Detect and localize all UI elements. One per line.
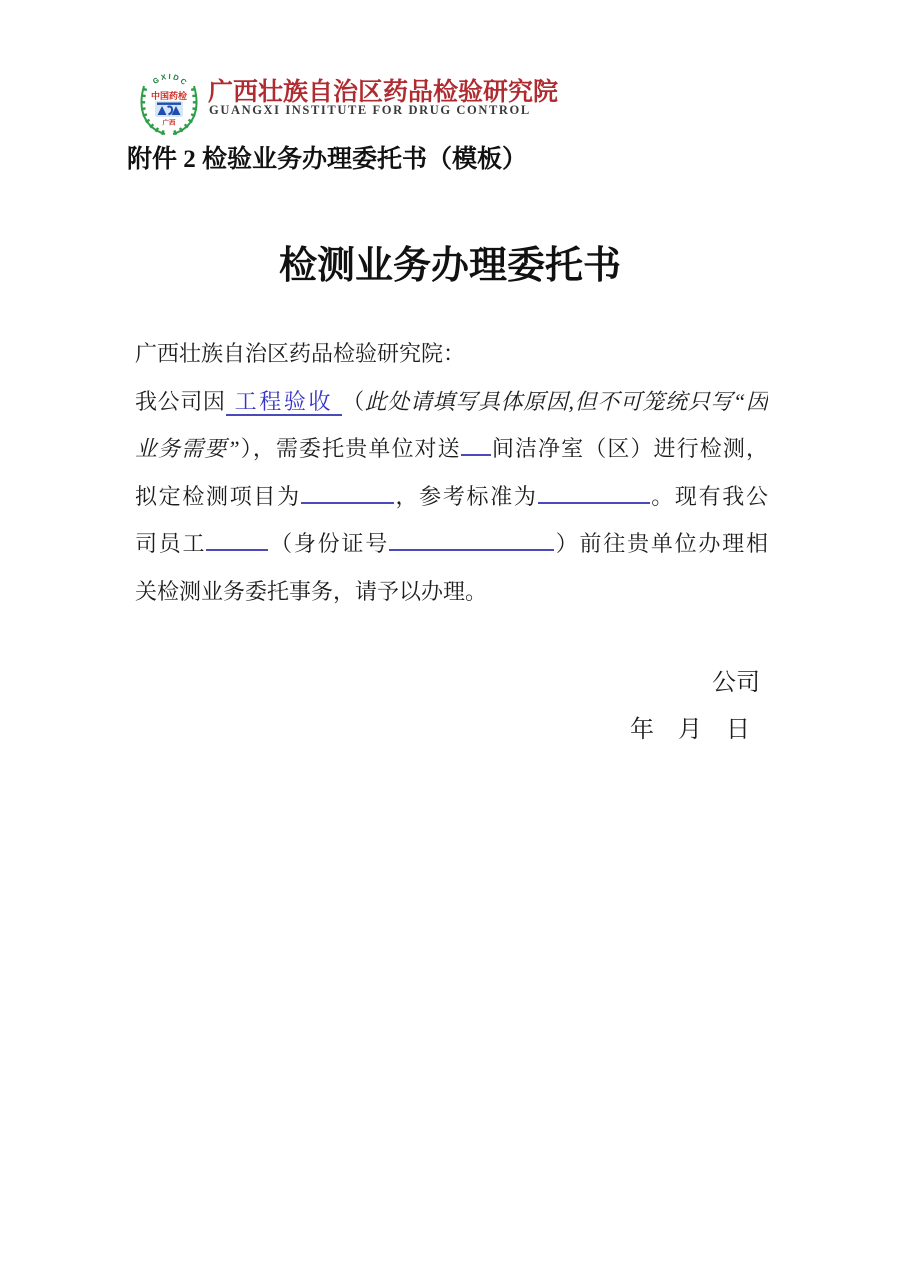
body-text-segment: 间洁净室（区）进行检测， bbox=[491, 436, 768, 461]
body-text-segment: 关检测业务委托事务，请予以办理。 bbox=[135, 579, 487, 604]
body-line: 关检测业务委托事务，请予以办理。 bbox=[135, 568, 768, 616]
document-title: 检测业务办理委托书 bbox=[0, 234, 900, 289]
body-text: 广西壮族自治区药品检验研究院：我公司因工程验收（此处请填写具体原因,但不可笼统只… bbox=[135, 330, 768, 616]
institute-logo: GXIDC 中国药检 广西 bbox=[135, 66, 203, 138]
filled-in-text: 工程验收 bbox=[226, 389, 343, 416]
signature-date-line: 年 月 日 bbox=[630, 709, 750, 744]
logo-arc-text: GXIDC bbox=[151, 72, 190, 88]
logo-bottom-text: 广西 bbox=[163, 118, 177, 127]
fill-in-blank bbox=[538, 479, 650, 504]
body-text-segment: ）前往贵单位办理相 bbox=[554, 531, 768, 556]
body-text-segment: 业务需要” bbox=[135, 436, 240, 461]
attachment-heading: 附件 2 检验业务办理委托书（模板） bbox=[127, 139, 527, 175]
body-text-segment: 此处请填写具体原因,但不可笼统只写“因 bbox=[365, 389, 768, 414]
body-text-segment: 我公司因 bbox=[135, 389, 226, 414]
org-name-english: GUANGXI INSTITUTE FOR DRUG CONTROL bbox=[209, 103, 531, 118]
body-text-segment: ），需委托贵单位对送 bbox=[240, 436, 461, 461]
fill-in-blank bbox=[461, 431, 491, 456]
body-text-segment: 司员工 bbox=[135, 531, 206, 556]
body-line: 拟定检测项目为，参考标准为。现有我公 bbox=[135, 473, 768, 521]
body-text-segment: 。现有我公 bbox=[650, 484, 768, 509]
fill-in-blank bbox=[301, 479, 394, 504]
body-line: 司员工（身份证号）前往贵单位办理相 bbox=[135, 520, 768, 568]
body-line: 业务需要”），需委托贵单位对送间洁净室（区）进行检测， bbox=[135, 425, 768, 473]
body-text-segment: 广西壮族自治区药品检验研究院： bbox=[135, 341, 465, 366]
body-text-segment: ，参考标准为 bbox=[394, 484, 538, 509]
logo-center-text: 中国药检 bbox=[151, 90, 188, 101]
body-text-segment: 拟定检测项目为 bbox=[135, 484, 301, 509]
body-line: 广西壮族自治区药品检验研究院： bbox=[135, 330, 768, 378]
institute-logo-icon: GXIDC 中国药检 广西 bbox=[135, 66, 203, 138]
fill-in-blank bbox=[389, 526, 554, 551]
svg-text:GXIDC: GXIDC bbox=[151, 72, 190, 88]
document-page: GXIDC 中国药检 广西 广西壮族自治区药品检验研究院 GUANGXI INS… bbox=[0, 0, 900, 1272]
fill-in-blank bbox=[206, 526, 268, 551]
body-text-segment: （ bbox=[342, 389, 365, 414]
body-text-segment: （身份证号 bbox=[268, 531, 389, 556]
signature-company-line: 公司 bbox=[712, 662, 760, 697]
body-line: 我公司因工程验收（此处请填写具体原因,但不可笼统只写“因 bbox=[135, 378, 768, 426]
